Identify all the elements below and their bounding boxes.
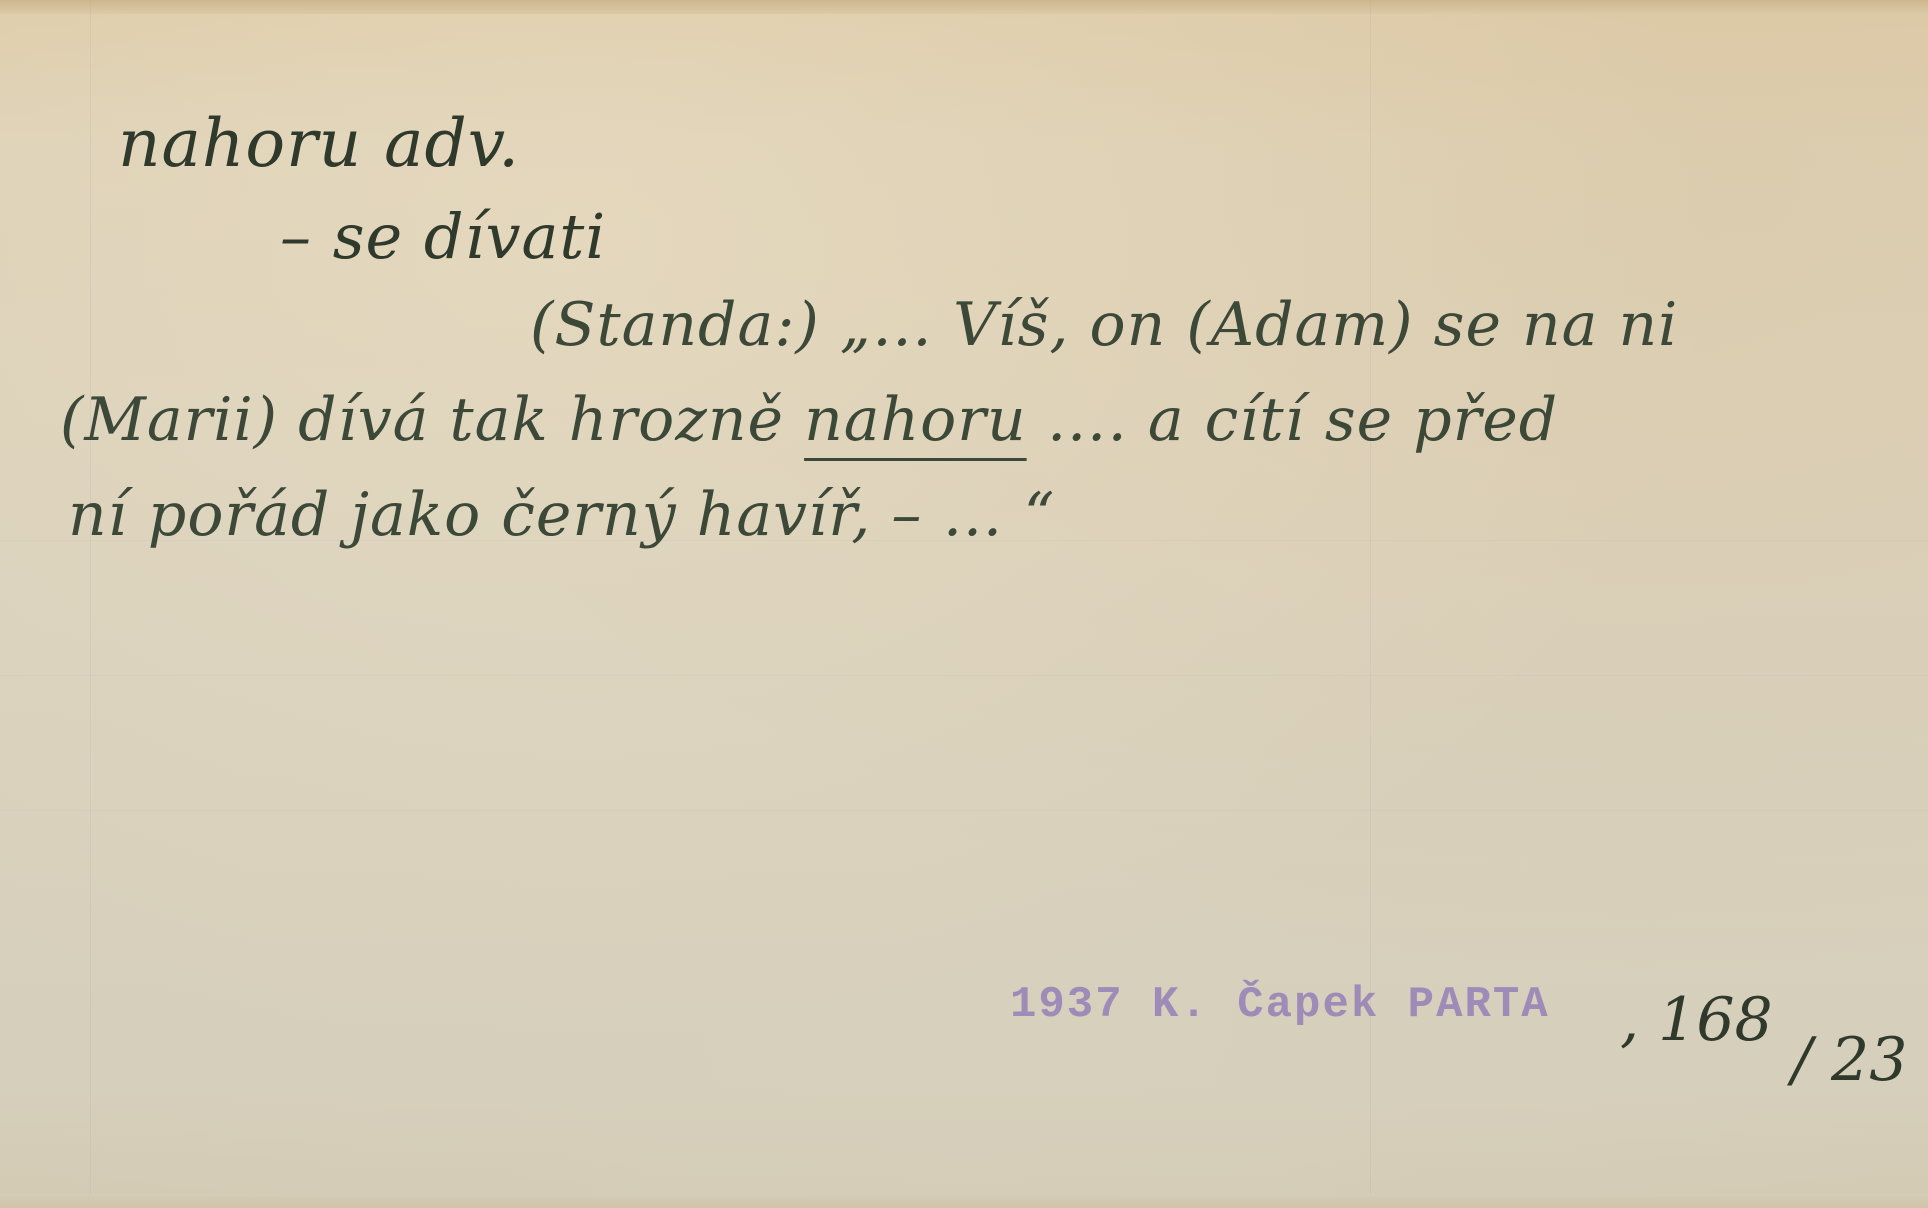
card-top-edge [0, 0, 1928, 14]
phrase: – se dívati [280, 200, 606, 273]
underlined-headword: nahoru [804, 385, 1027, 455]
ruling-line [0, 675, 1928, 676]
ruling-line [90, 0, 91, 1208]
headword: nahoru adv. [118, 105, 520, 182]
page-number: , 168 [1620, 985, 1773, 1055]
quote-line-3: ní pořád jako černý havíř, – … “ [68, 480, 1055, 550]
catalog-number: , 168 / 23 . [1620, 985, 1928, 1055]
card-bottom-edge [0, 1194, 1928, 1208]
quote-text: (Marii) dívá tak hrozně [60, 385, 804, 455]
source-stamp: 1937 K. Čapek PARTA [1010, 980, 1550, 1030]
quote-line-1: (Standa:) „… Víš, on (Adam) se na ni [530, 290, 1678, 360]
ruling-line [0, 810, 1928, 811]
item-number: / 23 . [1792, 1025, 1928, 1095]
quote-line-2: (Marii) dívá tak hrozně nahoru …. a cítí… [60, 385, 1558, 455]
quote-text: …. a cítí se před [1027, 385, 1559, 455]
index-card: nahoru adv. – se dívati (Standa:) „… Víš… [0, 0, 1928, 1208]
